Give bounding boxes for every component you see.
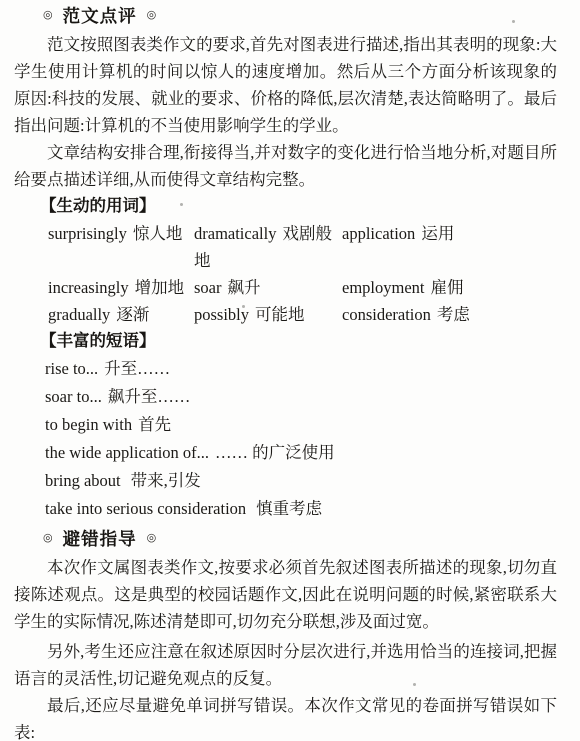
vocab-cell: surprisingly惊人地 bbox=[48, 220, 194, 274]
vocab-translation: 逐渐 bbox=[116, 305, 149, 324]
book-page: ◎ 范文点评 ◎ 范文按照图表类作文的要求,首先对图表进行描述,指出其表明的现象… bbox=[0, 0, 580, 741]
review-paragraph-1: 范文按照图表类作文的要求,首先对图表进行描述,指出其表明的现象:大学生使用计算机… bbox=[14, 31, 557, 139]
review-paragraph-2: 文章结构安排合理,衔接得当,并对数字的变化进行恰当地分析,对题目所给要点描述详细… bbox=[14, 139, 557, 193]
vocab-word: increasingly bbox=[48, 278, 129, 297]
scan-speck bbox=[180, 203, 183, 206]
scan-speck bbox=[413, 683, 416, 686]
vocab-word: dramatically bbox=[194, 224, 276, 243]
scan-speck bbox=[512, 20, 515, 23]
phrase-item: rise to...升至…… bbox=[45, 355, 557, 383]
ring-bullet-icon: ◎ bbox=[43, 531, 53, 544]
vocab-word: possibly bbox=[194, 305, 249, 324]
section-heading-error-avoidance-guide: ◎ 避错指导 ◎ bbox=[43, 526, 557, 551]
phrase-translation: 升至…… bbox=[104, 359, 170, 378]
ring-bullet-icon: ◎ bbox=[147, 8, 157, 21]
subsection-heading-rich-phrases: 【丰富的短语】 bbox=[40, 328, 557, 355]
vocab-translation: 考虑 bbox=[437, 305, 470, 324]
vocab-table: surprisingly惊人地 dramatically戏剧般地 applica… bbox=[48, 220, 557, 328]
phrase-translation: 飙升至…… bbox=[108, 387, 191, 406]
vocab-translation: 惊人地 bbox=[133, 224, 183, 243]
guidance-paragraph-3: 最后,还应尽量避免单词拼写错误。本次作文常见的卷面拼写错误如下表: bbox=[14, 692, 557, 741]
phrase-translation: 首先 bbox=[138, 415, 171, 434]
phrase-item: to begin with首先 bbox=[45, 411, 557, 439]
phrase-translation: 慎重考虑 bbox=[256, 499, 322, 518]
phrase-item: take into serious consideration慎重考虑 bbox=[45, 495, 557, 523]
section-title-review: 范文点评 bbox=[63, 3, 137, 28]
vocab-cell: gradually逐渐 bbox=[48, 301, 194, 328]
phrase-list: rise to...升至…… soar to...飙升至…… to begin … bbox=[45, 355, 557, 523]
phrase-item: soar to...飙升至…… bbox=[45, 383, 557, 411]
subsection-heading-vivid-words: 【生动的用词】 bbox=[40, 193, 557, 220]
vocab-word: soar bbox=[194, 278, 222, 297]
vocab-word: application bbox=[342, 224, 415, 243]
phrase-text: bring about bbox=[45, 471, 121, 490]
phrase-text: rise to... bbox=[45, 359, 98, 378]
phrase-text: soar to... bbox=[45, 387, 102, 406]
vocab-translation: 雇佣 bbox=[430, 278, 463, 297]
phrase-item: the wide application of...…… 的广泛使用 bbox=[45, 439, 557, 467]
phrase-item: bring about带来,引发 bbox=[45, 467, 557, 495]
vocab-cell: consideration考虑 bbox=[342, 301, 557, 328]
guidance-paragraph-1: 本次作文属图表类作文,按要求必须首先叙述图表所描述的现象,切勿直接陈述观点。这是… bbox=[14, 554, 557, 635]
ring-bullet-icon: ◎ bbox=[147, 531, 157, 544]
vocab-word: consideration bbox=[342, 305, 431, 324]
vocab-cell: increasingly增加地 bbox=[48, 274, 194, 301]
vocab-translation: 可能地 bbox=[255, 305, 305, 324]
vocab-cell: possibly可能地 bbox=[194, 301, 342, 328]
phrase-translation: …… 的广泛使用 bbox=[215, 443, 335, 462]
vocab-cell: application运用 bbox=[342, 220, 557, 274]
vocab-word: surprisingly bbox=[48, 224, 127, 243]
section-heading-model-essay-review: ◎ 范文点评 ◎ bbox=[43, 3, 557, 28]
vocab-cell: employment雇佣 bbox=[342, 274, 557, 301]
ring-bullet-icon: ◎ bbox=[43, 8, 53, 21]
vocab-translation: 运用 bbox=[421, 224, 454, 243]
vocab-translation: 飙升 bbox=[228, 278, 261, 297]
phrase-text: take into serious consideration bbox=[45, 499, 246, 518]
vocab-word: employment bbox=[342, 278, 424, 297]
vocab-translation: 增加地 bbox=[135, 278, 185, 297]
guidance-paragraph-2: 另外,考生还应注意在叙述原因时分层次进行,并选用恰当的连接词,把握语言的灵活性,… bbox=[14, 638, 557, 692]
vocab-cell: soar飙升 bbox=[194, 274, 342, 301]
phrase-text: to begin with bbox=[45, 415, 132, 434]
phrase-text: the wide application of... bbox=[45, 443, 209, 462]
scan-speck bbox=[242, 305, 245, 308]
section-title-guidance: 避错指导 bbox=[63, 526, 137, 551]
phrase-translation: 带来,引发 bbox=[131, 471, 201, 490]
vocab-word: gradually bbox=[48, 305, 110, 324]
vocab-cell: dramatically戏剧般地 bbox=[194, 220, 342, 274]
